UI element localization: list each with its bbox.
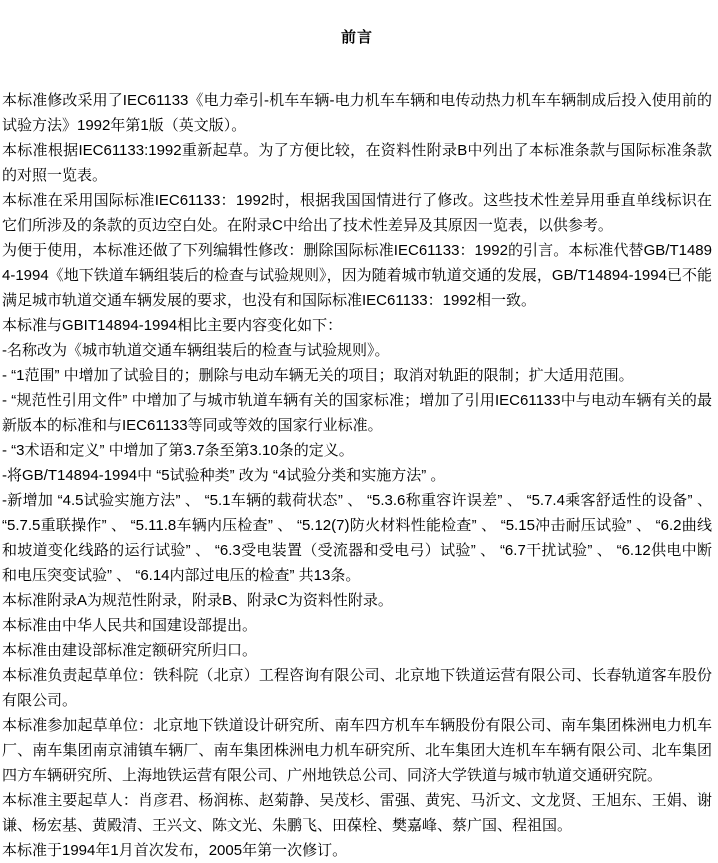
paragraph: 本标准负责起草单位：铁科院（北京）工程咨询有限公司、北京地下铁道运营有限公司、长… (2, 663, 712, 713)
paragraph: 本标准附录A为规范性附录，附录B、附录C为资料性附录。 (2, 588, 712, 613)
paragraph: 本标准在采用国际标准IEC61133：1992时，根据我国国情进行了修改。这些技… (2, 188, 712, 238)
paragraph: 本标准于1994年1月首次发布，2005年第一次修订。 (2, 838, 712, 863)
paragraph: 本标准主要起草人：肖彦君、杨润栋、赵菊静、吴茂杉、雷强、黄宪、马沂文、文龙贤、王… (2, 788, 712, 838)
paragraph: - “规范性引用文件” 中增加了与城市轨道车辆有关的国家标准；增加了引用IEC6… (2, 388, 712, 438)
document-body: 前言 本标准修改采用了IEC61133《电力牵引-机车车辆-电力机车车辆和电传动… (0, 28, 714, 863)
paragraph: - “3术语和定义” 中增加了第3.7条至第3.10条的定义。 (2, 438, 712, 463)
preface-paragraphs: 本标准修改采用了IEC61133《电力牵引-机车车辆-电力机车车辆和电传动热力机… (2, 88, 712, 863)
page-title: 前言 (2, 28, 712, 48)
paragraph: 本标准与GBIT14894-1994相比主要内容变化如下： (2, 313, 712, 338)
paragraph: -新增加 “4.5试验实施方法” 、 “5.1车辆的载荷状态” 、 “5.3.6… (2, 488, 712, 588)
paragraph: 本标准参加起草单位：北京地下铁道设计研究所、南车四方机车车辆股份有限公司、南车集… (2, 713, 712, 788)
paragraph: 本标准根据IEC61133:1992重新起草。为了方便比较，在资料性附录B中列出… (2, 138, 712, 188)
paragraph: 本标准由中华人民共和国建设部提出。 (2, 613, 712, 638)
paragraph: 本标准修改采用了IEC61133《电力牵引-机车车辆-电力机车车辆和电传动热力机… (2, 88, 712, 138)
paragraph: -将GB/T14894-1994中 “5试验种类” 改为 “4试验分类和实施方法… (2, 463, 712, 488)
paragraph: -名称改为《城市轨道交通车辆组装后的检查与试验规则》。 (2, 338, 712, 363)
paragraph: 本标准由建设部标准定额研究所归口。 (2, 638, 712, 663)
document-page: { "title": "前言", "colors": { "text": "#0… (0, 0, 718, 863)
paragraph: 为便于使用，本标准还做了下列编辑性修改：删除国际标准IEC61133：1992的… (2, 238, 712, 313)
paragraph: - “1范围” 中增加了试验目的；删除与电动车辆无关的项目；取消对轨距的限制；扩… (2, 363, 712, 388)
